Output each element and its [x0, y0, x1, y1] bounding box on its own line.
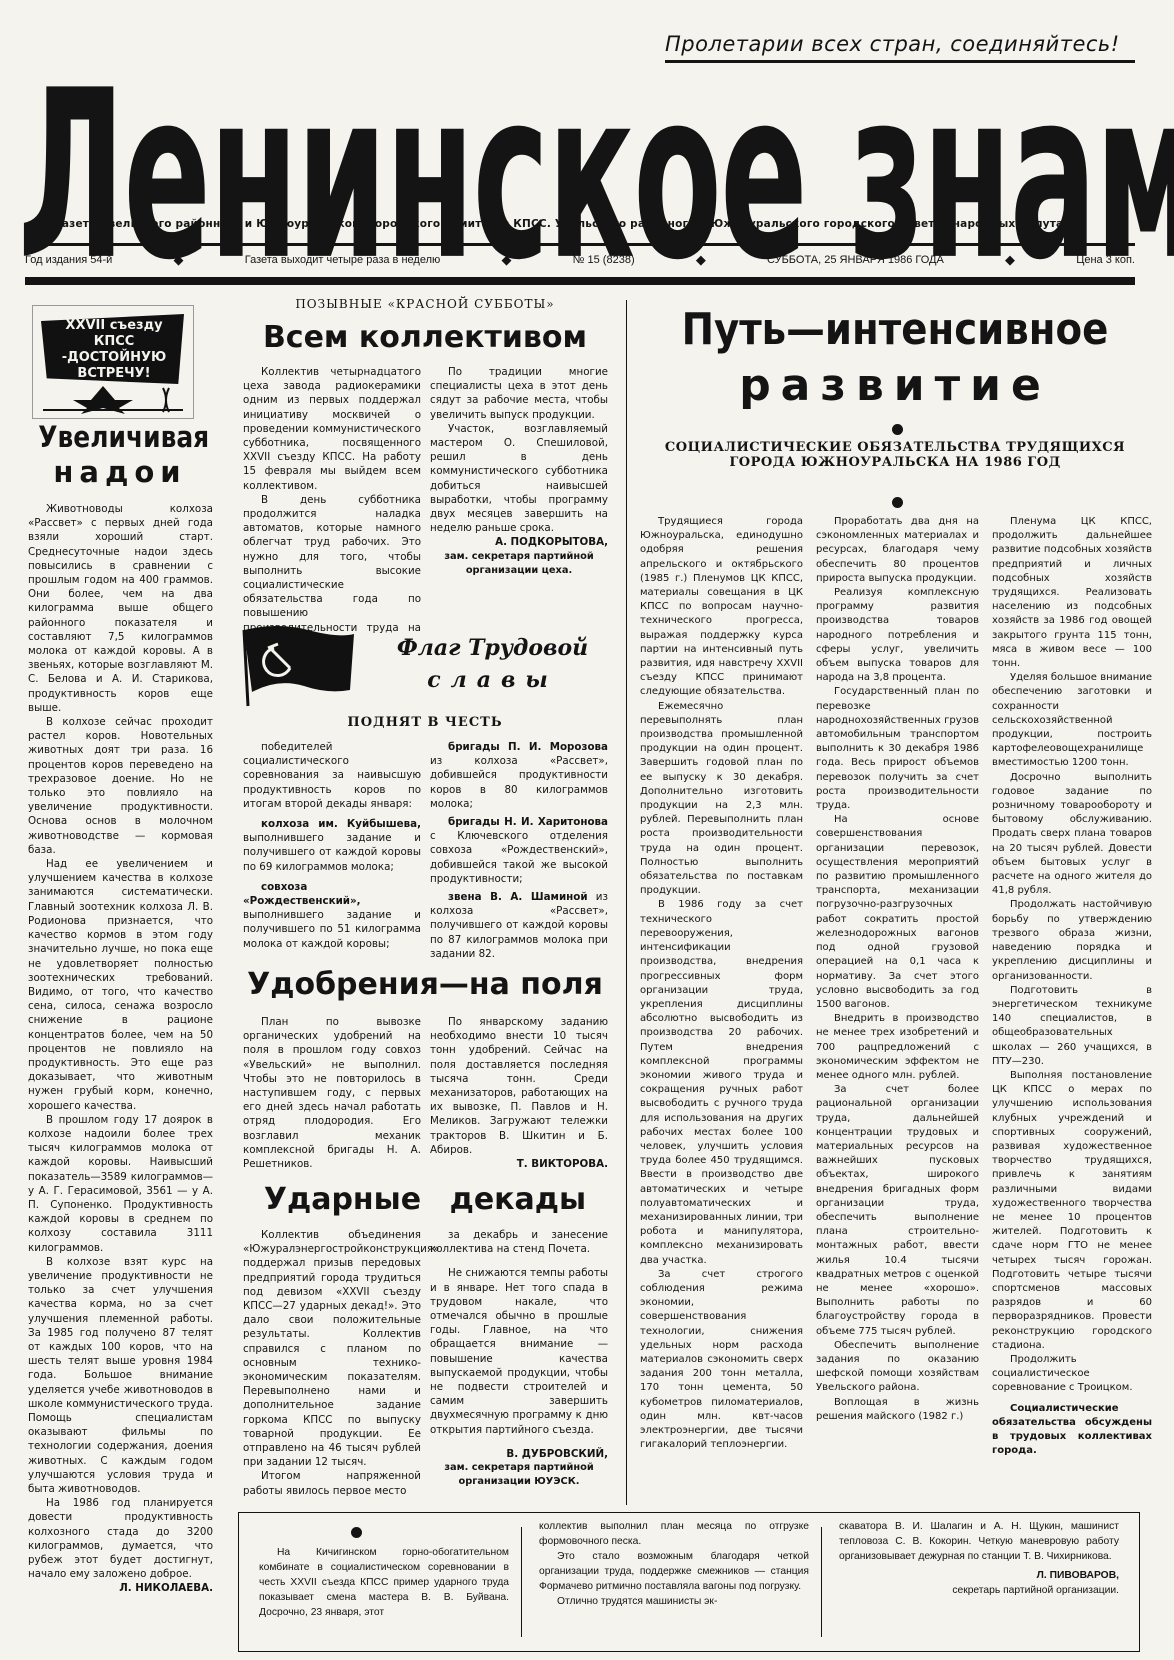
issue-date: СУББОТА, 25 ЯНВАРЯ 1986 ГОДА — [767, 254, 944, 266]
article-signature: Л. ПИВОВАРОВ, — [839, 1568, 1119, 1583]
bullet-icon — [892, 497, 903, 508]
article-signature-role: зам. секретаря партийной организации ЮУЭ… — [430, 1461, 608, 1489]
newspaper-title: Ленинское знамя — [18, 42, 990, 313]
article-intensive-col3: Пленума ЦК КПСС, продолжить дальнейшее р… — [992, 515, 1152, 1458]
article-intensive-subtitle: СОЦИАЛИСТИЧЕСКИЕ ОБЯЗАТЕЛЬСТВА ТРУДЯЩИХС… — [640, 440, 1150, 470]
article-flag-subtitle: ПОДНЯТ В ЧЕСТЬ — [240, 715, 610, 730]
diamond-icon: ◆ — [1005, 252, 1015, 268]
publication-year: Год издания 54-й — [25, 254, 112, 266]
issue-price: Цена 3 коп. — [1076, 254, 1135, 266]
article-dekady-col1: Коллектив объединения «Южуралэнергострой… — [243, 1228, 421, 1498]
article-signature: А. ПОДКОРЫТОВА, — [430, 535, 608, 549]
emblem-line: XXVII съезду КПСС — [49, 318, 179, 350]
column-separator — [821, 1527, 822, 1637]
emblem-line: -ДОСТОЙНУЮ — [49, 350, 179, 366]
diamond-icon: ◆ — [696, 252, 706, 268]
article-signature: Т. ВИКТОРОВА. — [430, 1157, 608, 1171]
article-intensive-col1: Трудящиеся города Южноуральска, единодуш… — [640, 515, 803, 1452]
article-kollektivom-col1: Коллектив четырнадцатого цеха завода рад… — [243, 365, 421, 649]
article-closing: Социалистические обязательства обсуждены… — [992, 1402, 1152, 1459]
column-separator — [521, 1527, 522, 1637]
bottom-article-box: На Кичигинском горно-обогатительном комб… — [238, 1512, 1140, 1652]
article-udobreniya-col1: План по вывозке органических удобрений н… — [243, 1015, 421, 1171]
article-kollektivom-headline: Всем коллективом — [240, 318, 610, 358]
article-flag-col2: бригады П. И. Морозова из колхоза «Рассв… — [430, 740, 608, 961]
article-intensive-headline: Путь—интенсивное развитие — [640, 300, 1150, 412]
article-nadoi-body: Животноводы колхоза «Рассвет» с первых д… — [28, 502, 213, 1596]
article-kollektivom-col2: По традиции многие специалисты цеха в эт… — [430, 365, 608, 578]
article-flag-col1: победителей социалистического соревнован… — [243, 740, 421, 951]
emblem-line: ВСТРЕЧУ! — [49, 366, 179, 382]
article-dekady-headline: Ударные декады — [240, 1180, 610, 1220]
bullet-icon — [892, 424, 903, 435]
hammer-sickle-flag-icon — [238, 620, 358, 708]
divider-thick — [25, 277, 1135, 285]
article-nadoi-headline: Увеличивая надои — [25, 420, 215, 490]
article-bottom-col3: скаватора В. И. Шалагин и А. Н. Щукин, м… — [839, 1519, 1119, 1598]
publication-frequency: Газета выходит четыре раза в неделю — [245, 254, 441, 266]
article-kicker: ПОЗЫВНЫЕ «КРАСНОЙ СУББОТЫ» — [240, 297, 610, 311]
article-flag-headline: Флаг Трудовой славы — [385, 632, 600, 696]
article-signature-role: зам. секретаря партийной организации цех… — [430, 550, 608, 578]
article-signature-role: секретарь партийной организации. — [839, 1583, 1119, 1598]
publisher-line: Газета Увельского районного и Южноуральс… — [55, 218, 1135, 230]
article-udobreniya-headline: Удобрения—на поля — [240, 965, 610, 1005]
article-signature: Л. НИКОЛАЕВА. — [28, 1581, 213, 1595]
article-udobreniya-col2: По январскому заданию необходимо внести … — [430, 1015, 608, 1171]
diamond-icon: ◆ — [501, 252, 511, 268]
divider — [25, 243, 1135, 246]
article-dekady-col2: за декабрь и занесение коллектива на сте… — [430, 1228, 608, 1489]
star-wheat-icon — [43, 386, 183, 414]
article-intensive-col2: Проработать два дня на сэкономленных мат… — [816, 515, 979, 1424]
bullet-icon — [351, 1527, 362, 1538]
article-bottom-col2: коллектив выполнил план месяца по отгруз… — [539, 1519, 809, 1609]
congress-emblem: XXVII съезду КПСС -ДОСТОЙНУЮ ВСТРЕЧУ! — [32, 305, 194, 419]
issue-number: № 15 (8238) — [573, 254, 635, 266]
article-signature: В. ДУБРОВСКИЙ, — [430, 1447, 608, 1461]
issue-info-bar: Год издания 54-й ◆ Газета выходит четыре… — [25, 252, 1135, 268]
column-separator — [626, 300, 627, 1505]
article-bottom-col1: На Кичигинском горно-обогатительном комб… — [259, 1545, 509, 1620]
diamond-icon: ◆ — [174, 252, 184, 268]
